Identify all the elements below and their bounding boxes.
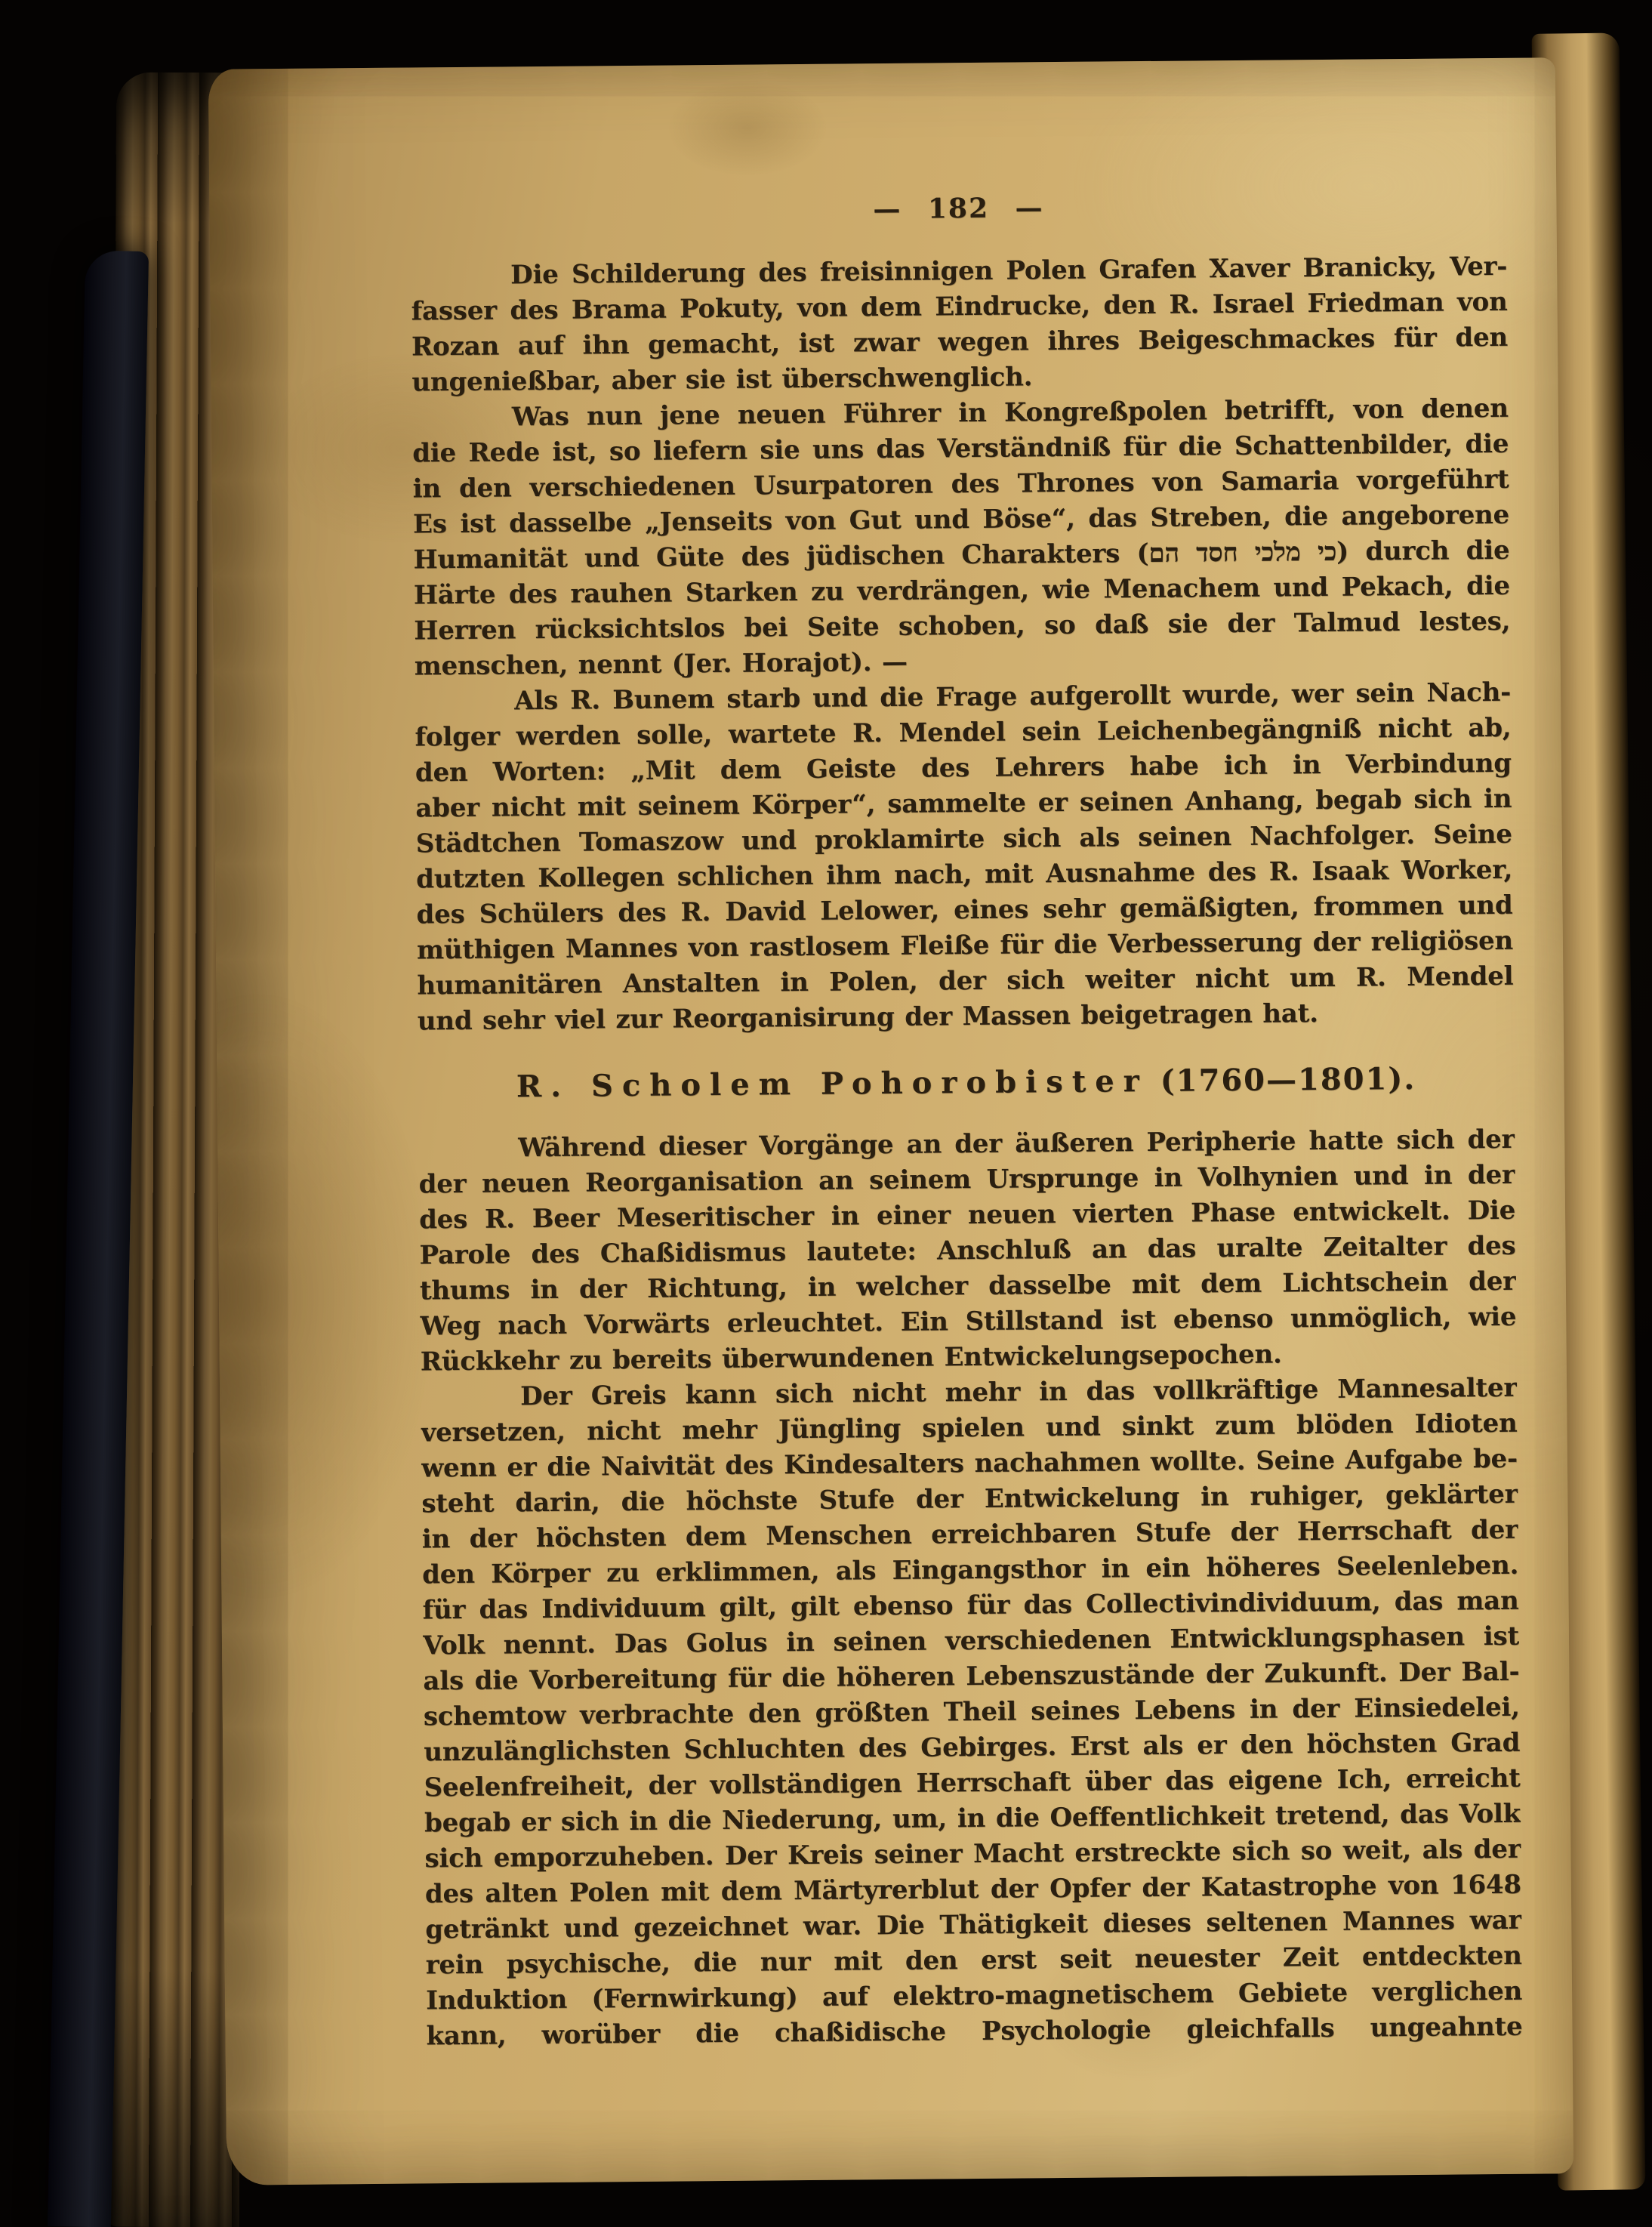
heading-years: (1760—1801). bbox=[1160, 1061, 1416, 1099]
paragraph: Die Schilderung des freisinnigen Polen G… bbox=[411, 249, 1509, 401]
paragraph: Der Greis kann sich nicht mehr in das vo… bbox=[421, 1371, 1523, 2055]
section-heading: R. Scholem Pohorobister(1760—1801). bbox=[418, 1060, 1514, 1108]
heading-name: R. Scholem Pohorobister bbox=[516, 1063, 1148, 1104]
paragraph: Während dieser Vorgänge an der äußeren P… bbox=[418, 1122, 1517, 1380]
body-text: Die Schilderung des freisinnigen Polen G… bbox=[411, 249, 1523, 2055]
page-text-block: — 182 — Die Schilderung des freisinnigen… bbox=[410, 187, 1522, 2055]
paragraph: Als R. Bunem starb und die Frage aufgero… bbox=[415, 675, 1514, 1040]
paragraph: Was nun jene neuen Führer in Kongreßpole… bbox=[412, 391, 1511, 685]
page-number-label: — 182 — bbox=[873, 192, 1044, 225]
page-number: — 182 — bbox=[410, 187, 1506, 232]
book-page: — 182 — Die Schilderung des freisinnigen… bbox=[208, 57, 1573, 2185]
scan-background: — 182 — Die Schilderung des freisinnigen… bbox=[0, 0, 1652, 2227]
